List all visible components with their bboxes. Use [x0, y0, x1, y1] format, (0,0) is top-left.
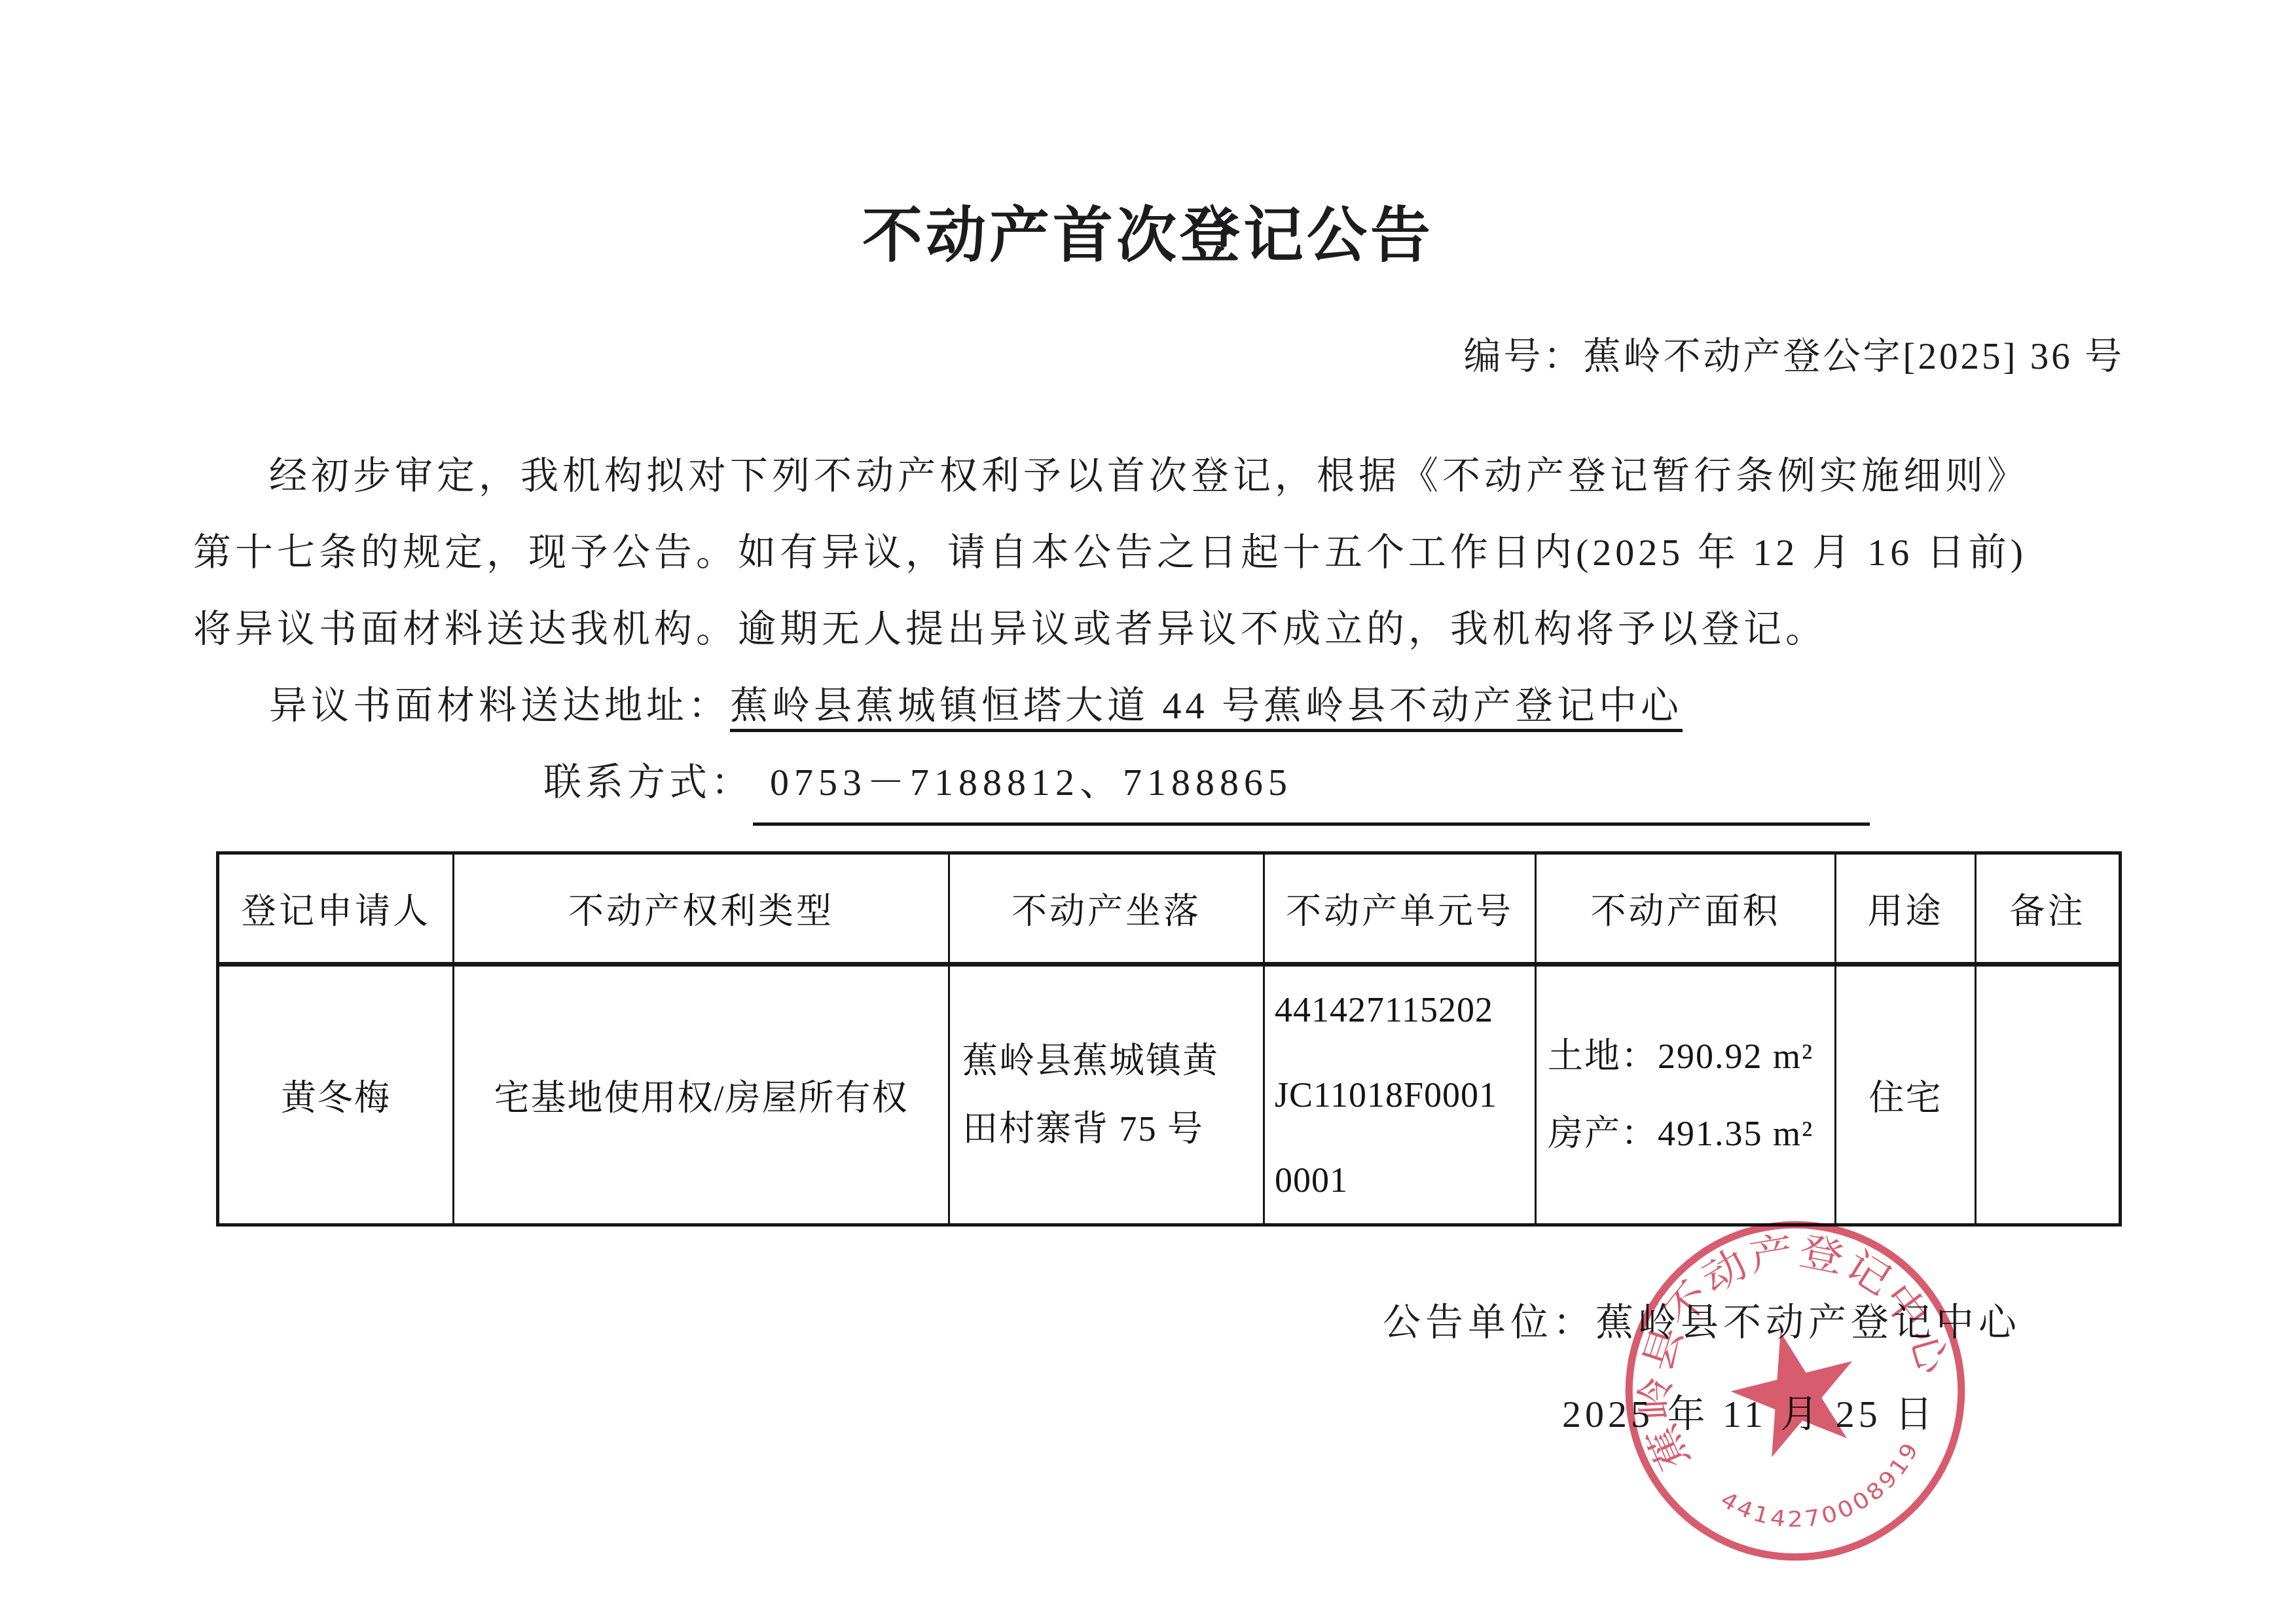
- area-house: 房产：491.35 m²: [1537, 1095, 1834, 1172]
- contact-value: 0753－7188812、7188865: [753, 744, 1870, 826]
- cell-unit-no: 441427115202 JC11018F0001 0001: [1264, 965, 1536, 1225]
- table-row: 黄冬梅 宅基地使用权/房屋所有权 蕉岭县蕉城镇黄 田村寨背 75 号 44142…: [218, 965, 2121, 1225]
- cell-applicant: 黄冬梅: [218, 965, 454, 1225]
- unit-no-line: JC11018F0001: [1266, 1052, 1534, 1137]
- column-header-usage: 用途: [1836, 853, 1976, 965]
- body-paragraph: 经初步审定，我机构拟对下列不动产权利予以首次登记，根据《不动产登记暂行条例实施细…: [193, 437, 2130, 821]
- column-header-right-type: 不动产权利类型: [454, 853, 949, 965]
- paragraph-line: 将异议书面材料送达我机构。逾期无人提出异议或者异议不成立的，我机构将予以登记。: [193, 591, 2130, 667]
- paragraph-line: 经初步审定，我机构拟对下列不动产权利予以首次登记，根据《不动产登记暂行条例实施细…: [193, 437, 2130, 514]
- cell-location: 蕉岭县蕉城镇黄 田村寨背 75 号: [949, 965, 1264, 1225]
- column-header-location: 不动产坐落: [949, 853, 1264, 965]
- contact-line: 联系方式：0753－7188812、7188865: [543, 744, 2130, 821]
- address-line: 异议书面材料送达地址：蕉岭县蕉城镇恒塔大道 44 号蕉岭县不动产登记中心: [193, 667, 2130, 744]
- registration-table: 登记申请人 不动产权利类型 不动产坐落 不动产单元号 不动产面积 用途 备注 黄…: [216, 851, 2122, 1227]
- seal-star-icon: [1720, 1317, 1870, 1463]
- unit-no-line: 441427115202: [1266, 967, 1534, 1052]
- contact-label: 联系方式：: [543, 761, 753, 803]
- address-value: 蕉岭县蕉城镇恒塔大道 44 号蕉岭县不动产登记中心: [730, 684, 1683, 732]
- page-title: 不动产首次登记公告: [0, 187, 2296, 274]
- location-line: 田村寨背 75 号: [951, 1095, 1262, 1163]
- area-land: 土地：290.92 m²: [1537, 1018, 1834, 1095]
- announcement-document: 不动产首次登记公告 编号：蕉岭不动产登公字[2025] 36 号 经初步审定，我…: [0, 0, 2296, 1624]
- official-seal: 蕉岭县不动产登记中心 4414270008919: [1611, 1206, 1980, 1576]
- column-header-applicant: 登记申请人: [218, 853, 454, 965]
- column-header-area: 不动产面积: [1536, 853, 1836, 965]
- seal-code-text: 4414270008919: [1710, 1431, 1937, 1553]
- cell-usage: 住宅: [1836, 965, 1976, 1225]
- paragraph-line: 第十七条的规定，现予公告。如有异议，请自本公告之日起十五个工作日内(2025 年…: [193, 514, 2130, 591]
- column-header-unit-no: 不动产单元号: [1264, 853, 1536, 965]
- unit-no-line: 0001: [1266, 1137, 1534, 1223]
- table-header-row: 登记申请人 不动产权利类型 不动产坐落 不动产单元号 不动产面积 用途 备注: [218, 853, 2121, 965]
- location-line: 蕉岭县蕉城镇黄: [951, 1027, 1262, 1095]
- doc-number: 编号：蕉岭不动产登公字[2025] 36 号: [1464, 326, 2124, 380]
- address-label: 异议书面材料送达地址：: [269, 684, 730, 727]
- cell-right-type: 宅基地使用权/房屋所有权: [454, 965, 949, 1225]
- column-header-remark: 备注: [1976, 853, 2121, 965]
- cell-remark: [1976, 965, 2121, 1225]
- cell-area: 土地：290.92 m² 房产：491.35 m²: [1536, 965, 1836, 1225]
